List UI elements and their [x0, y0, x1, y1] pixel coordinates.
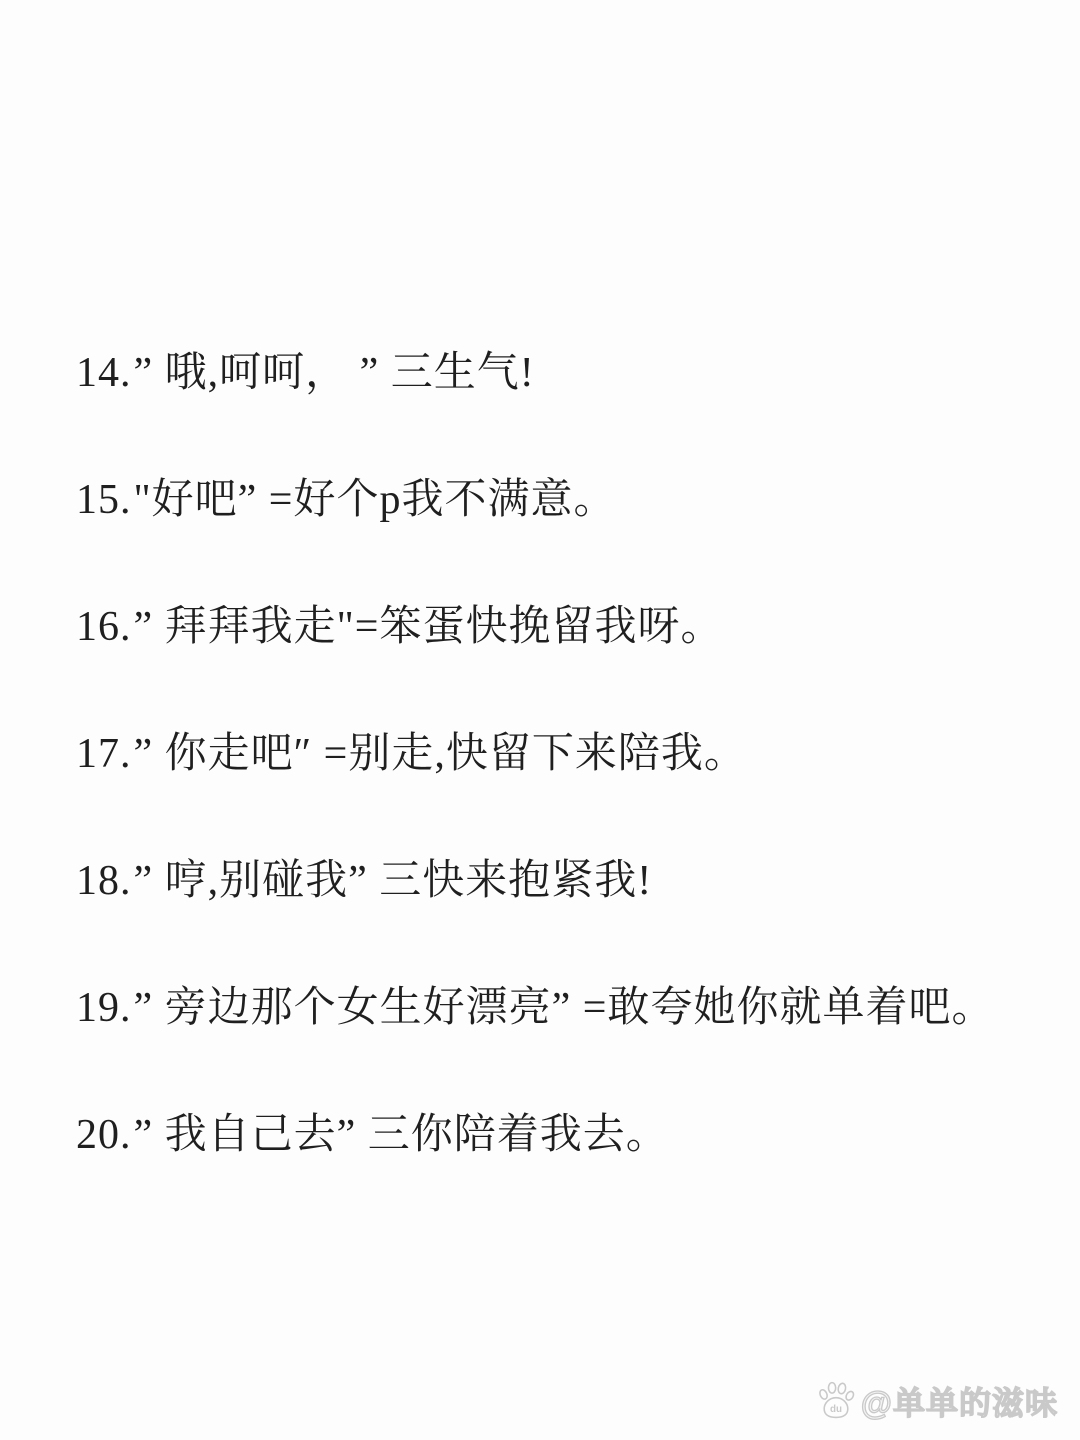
- item-number: 17.: [76, 731, 132, 777]
- item-number: 20.: [76, 1112, 132, 1158]
- item-number: 18.: [76, 858, 132, 904]
- list-item: 20.” 我自己去” 三你陪着我去。: [76, 1112, 1060, 1158]
- baidu-paw-icon: du: [815, 1380, 857, 1422]
- item-number: 16.: [76, 604, 132, 650]
- item-text: ” 你走吧″ =别走,快留下来陪我。: [134, 731, 747, 777]
- list-item: 15."好吧” =好个p我不满意。: [76, 477, 1060, 523]
- list-item: 19.” 旁边那个女生好漂亮” =敢夸她你就单着吧。: [76, 985, 1060, 1031]
- item-text: ” 哼,别碰我” 三快来抱紧我!: [134, 858, 653, 904]
- item-text: ” 拜拜我走"=笨蛋快挽留我呀。: [134, 604, 724, 650]
- list-item: 14.” 哦,呵呵， ” 三生气!: [76, 350, 1060, 396]
- watermark-handle: @单单的滋味: [861, 1378, 1058, 1424]
- watermark: du @单单的滋味: [815, 1378, 1058, 1424]
- list-item: 17.” 你走吧″ =别走,快留下来陪我。: [76, 731, 1060, 777]
- list-item: 18.” 哼,别碰我” 三快来抱紧我!: [76, 858, 1060, 904]
- quote-list: 14.” 哦,呵呵， ” 三生气! 15."好吧” =好个p我不满意。 16.”…: [76, 350, 1060, 1239]
- list-item: 16.” 拜拜我走"=笨蛋快挽留我呀。: [76, 604, 1060, 650]
- item-number: 19.: [76, 985, 132, 1031]
- paw-du-label: du: [830, 1404, 842, 1415]
- item-text: ” 哦,呵呵， ” 三生气!: [134, 350, 535, 396]
- item-number: 14.: [76, 350, 132, 396]
- item-text: ” 旁边那个女生好漂亮” =敢夸她你就单着吧。: [134, 985, 995, 1031]
- item-text: ” 我自己去” 三你陪着我去。: [134, 1112, 669, 1158]
- item-number: 15.: [76, 477, 132, 523]
- item-text: "好吧” =好个p我不满意。: [134, 477, 617, 523]
